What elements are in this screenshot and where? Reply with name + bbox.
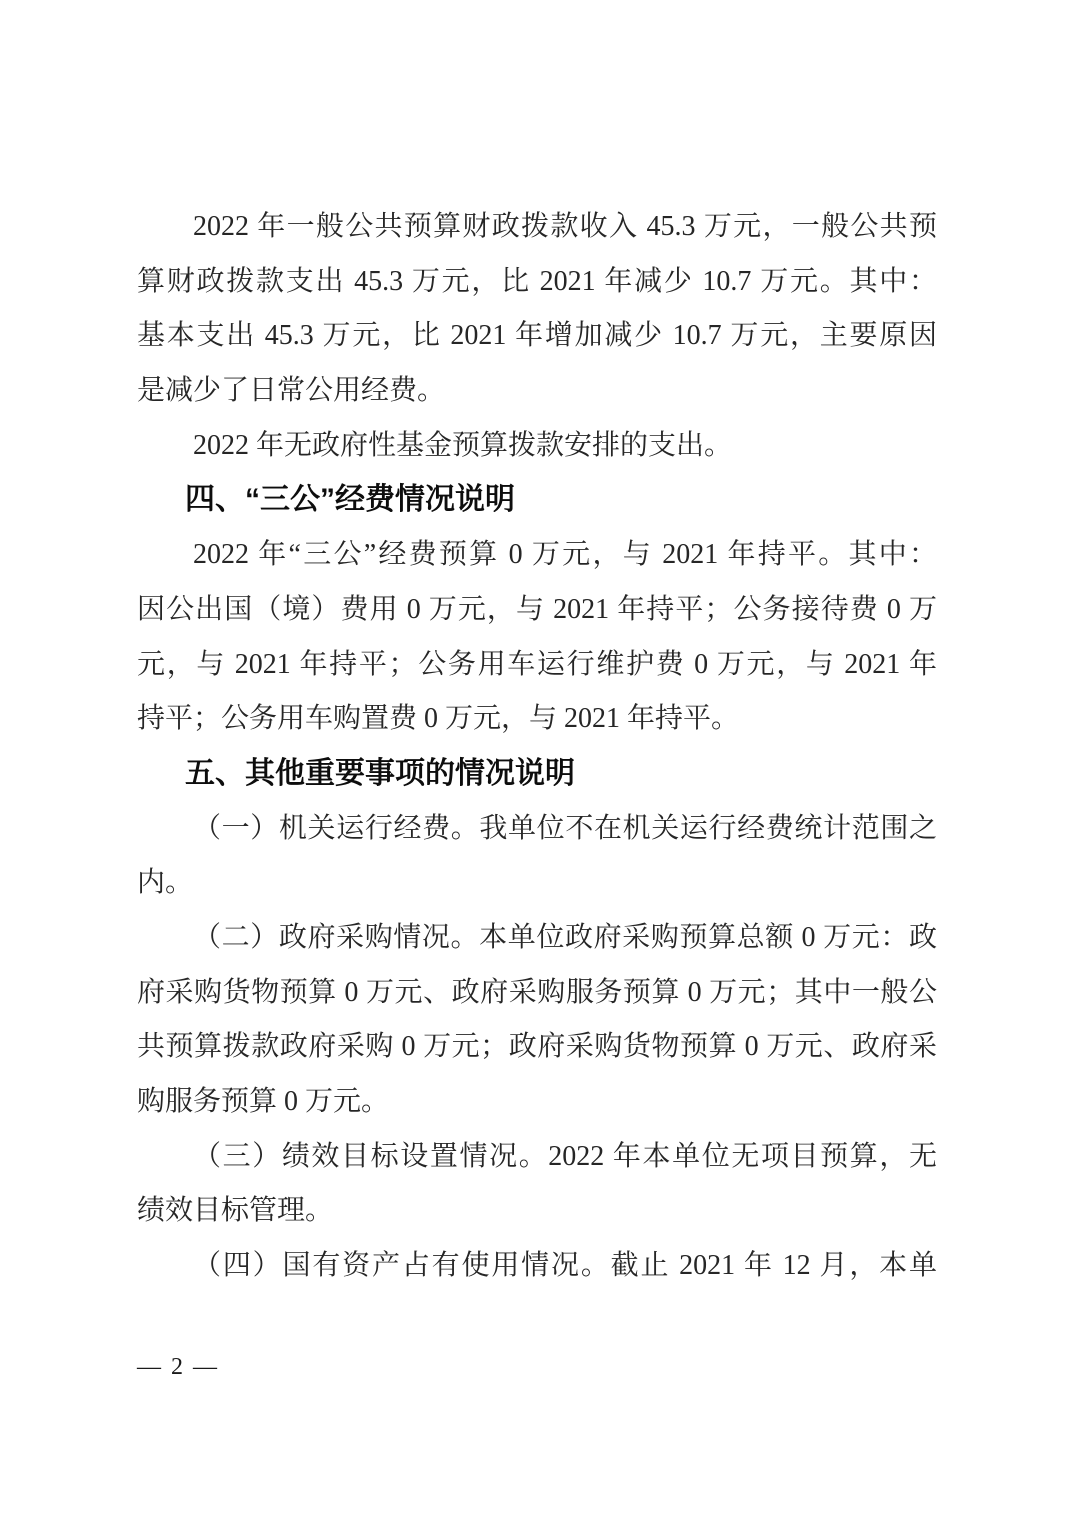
paragraph-sangong-line-4: 持平；公务用车购置费 0 万元，与 2021 年持平。 bbox=[137, 692, 937, 747]
paragraph-item2-line-1: （二）政府采购情况。本单位政府采购预算总额 0 万元：政 bbox=[137, 911, 937, 966]
section-4-heading: 四、“三公”经费情况说明 bbox=[137, 473, 937, 528]
paragraph-item4-line-1: （四）国有资产占有使用情况。截止 2021 年 12 月，本单 bbox=[137, 1239, 937, 1294]
paragraph-sangong-line-2: 因公出国（境）费用 0 万元，与 2021 年持平；公务接待费 0 万 bbox=[137, 583, 937, 638]
section-5-heading: 五、其他重要事项的情况说明 bbox=[137, 747, 937, 802]
paragraph-item3-line-1: （三）绩效目标设置情况。2022 年本单位无项目预算，无 bbox=[137, 1130, 937, 1185]
paragraph-item1-line-2: 内。 bbox=[137, 856, 937, 911]
page-number: — 2 — bbox=[137, 1354, 219, 1381]
paragraph-fund-budget: 2022 年无政府性基金预算拨款安排的支出。 bbox=[137, 419, 937, 474]
paragraph-item1-line-1: （一）机关运行经费。我单位不在机关运行经费统计范围之 bbox=[137, 802, 937, 857]
paragraph-item2-line-4: 购服务预算 0 万元。 bbox=[137, 1075, 937, 1130]
document-body: 2022 年一般公共预算财政拨款收入 45.3 万元，一般公共预 算财政拨款支出… bbox=[137, 200, 937, 1294]
paragraph-sangong-line-3: 元，与 2021 年持平；公务用车运行维护费 0 万元，与 2021 年 bbox=[137, 638, 937, 693]
paragraph-item2-line-3: 共预算拨款政府采购 0 万元；政府采购货物预算 0 万元、政府采 bbox=[137, 1020, 937, 1075]
paragraph-fiscal-line-3: 基本支出 45.3 万元，比 2021 年增加减少 10.7 万元，主要原因 bbox=[137, 309, 937, 364]
paragraph-fiscal-line-4: 是减少了日常公用经费。 bbox=[137, 364, 937, 419]
paragraph-fiscal-line-1: 2022 年一般公共预算财政拨款收入 45.3 万元，一般公共预 bbox=[137, 200, 937, 255]
paragraph-item2-line-2: 府采购货物预算 0 万元、政府采购服务预算 0 万元；其中一般公 bbox=[137, 966, 937, 1021]
paragraph-fiscal-line-2: 算财政拨款支出 45.3 万元，比 2021 年减少 10.7 万元。其中： bbox=[137, 255, 937, 310]
paragraph-sangong-line-1: 2022 年“三公”经费预算 0 万元，与 2021 年持平。其中： bbox=[137, 528, 937, 583]
document-page: 2022 年一般公共预算财政拨款收入 45.3 万元，一般公共预 算财政拨款支出… bbox=[0, 0, 1074, 1520]
paragraph-item3-line-2: 绩效目标管理。 bbox=[137, 1184, 937, 1239]
